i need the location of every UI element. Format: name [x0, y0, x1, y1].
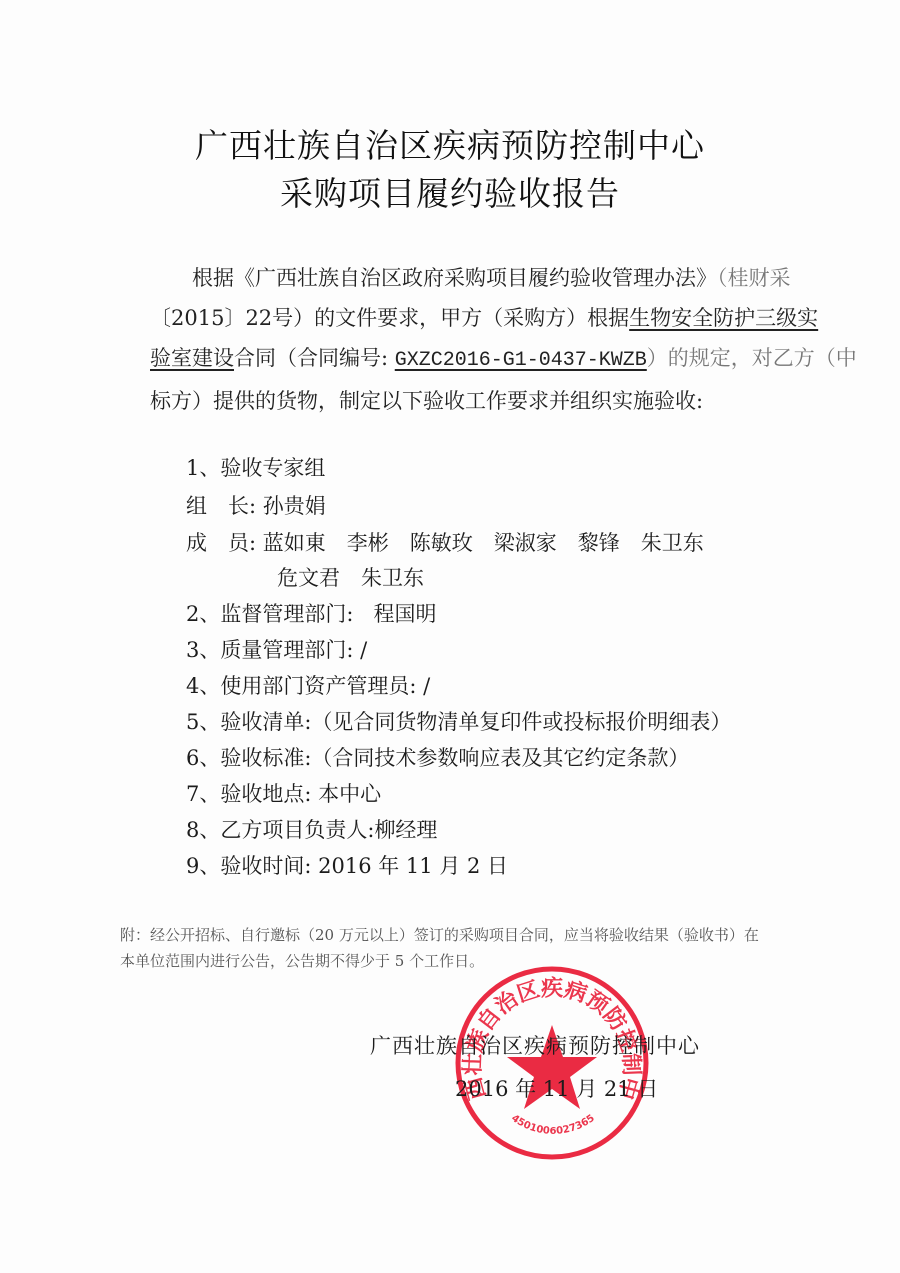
intro-line-2: 〔2015〕22号）的文件要求，甲方（采购方）根据生物安全防护三级实: [150, 298, 800, 338]
intro-line-3: 验室建设合同（合同编号: GXZC2016-G1-0437-KWZB）的规定，对…: [150, 338, 800, 381]
item-label: 成 员:: [186, 531, 256, 555]
item-project-manager: 8、乙方项目负责人:柳经理: [186, 814, 437, 844]
footnote-line-1: 附：经公开招标、自行邀标（20 万元以上）签订的采购项目合同，应当将验收结果（验…: [120, 922, 810, 948]
intro-text-3a: 合同（合同编号:: [234, 346, 395, 370]
signature-date: 2016 年 11 月 21 日: [455, 1073, 658, 1103]
item-value: 蓝如東 李彬 陈敏玫 梁淑家 黎锋 朱卫东: [263, 531, 704, 555]
item-label: 9、验收时间:: [186, 854, 311, 878]
item-value: 孙贵娟: [263, 494, 326, 518]
contract-name-part2: 验室建设: [150, 346, 234, 370]
item-label: 5、验收清单:: [186, 710, 311, 734]
item-label: 7、验收地点:: [186, 782, 311, 806]
intro-text-3b: ）的规定，对乙方（中: [647, 346, 857, 370]
item-value: 柳经理: [374, 818, 437, 842]
item-label: 组 长:: [186, 494, 256, 518]
intro-line-4: 标方）提供的货物，制定以下验收工作要求并组织实施验收:: [150, 381, 800, 421]
item-label: 6、验收标准:: [186, 746, 311, 770]
item-supervision-dept: 2、监督管理部门: 程国明: [186, 598, 436, 628]
item-acceptance-list: 5、验收清单:（见合同货物清单复印件或投标报价明细表）: [186, 706, 731, 736]
item-label: 3、质量管理部门:: [186, 638, 353, 662]
item-label: 1、验收专家组: [186, 456, 325, 480]
item-members-cont: 危文君 朱卫东: [277, 562, 424, 592]
item-expert-group: 1、验收专家组: [186, 452, 325, 482]
regulation-ref-2: 〔2015〕22号）: [150, 306, 314, 330]
item-acceptance-standard: 6、验收标准:（合同技术参数响应表及其它约定条款）: [186, 742, 689, 772]
item-value: （合同技术参数响应表及其它约定条款）: [311, 746, 689, 770]
item-value: /: [360, 638, 367, 662]
intro-text-4: 标方）提供的货物，制定以下验收工作要求并组织实施验收:: [150, 389, 703, 413]
item-label: 8、乙方项目负责人:: [186, 818, 374, 842]
item-value: 危文君 朱卫东: [277, 566, 424, 590]
item-value: 2016 年 11 月 2 日: [318, 854, 508, 878]
item-group-leader: 组 长: 孙贵娟: [186, 490, 326, 520]
item-label: 4、使用部门资产管理员:: [186, 674, 416, 698]
signature-organization: 广西壮族自治区疾病预防控制中心: [370, 1030, 700, 1060]
item-value: 程国明: [373, 602, 436, 626]
official-seal-icon: 广西壮族自治区疾病预防控制中心 4501006027365: [452, 963, 652, 1163]
item-asset-admin: 4、使用部门资产管理员: /: [186, 670, 430, 700]
contract-number: GXZC2016-G1-0437-KWZB: [395, 349, 647, 372]
intro-text-1: 根据《广西壮族自治区政府采购项目履约验收管理办法》: [192, 266, 717, 290]
item-acceptance-location: 7、验收地点: 本中心: [186, 778, 381, 808]
item-quality-dept: 3、质量管理部门: /: [186, 634, 367, 664]
item-value: （见合同货物清单复印件或投标报价明细表）: [311, 710, 731, 734]
svg-text:4501006027365: 4501006027365: [509, 1113, 597, 1137]
item-acceptance-time: 9、验收时间: 2016 年 11 月 2 日: [186, 850, 508, 880]
intro-paragraph: 根据《广西壮族自治区政府采购项目履约验收管理办法》（桂财采 〔2015〕22号）…: [150, 258, 800, 421]
document-title-line1: 广西壮族自治区疾病预防控制中心: [0, 120, 900, 167]
document-page: 广西壮族自治区疾病预防控制中心 采购项目履约验收报告 根据《广西壮族自治区政府采…: [0, 0, 900, 1273]
document-title-line2: 采购项目履约验收报告: [0, 168, 900, 215]
item-members: 成 员: 蓝如東 李彬 陈敏玫 梁淑家 黎锋 朱卫东: [186, 527, 704, 557]
item-value: 本中心: [318, 782, 381, 806]
item-label: 2、监督管理部门:: [186, 602, 353, 626]
intro-text-2: 的文件要求，甲方（采购方）根据: [314, 306, 629, 330]
item-value: /: [423, 674, 430, 698]
regulation-ref-1: （桂财采: [717, 266, 791, 290]
contract-name-part1: 生物安全防护三级实: [629, 306, 818, 330]
intro-line-1: 根据《广西壮族自治区政府采购项目履约验收管理办法》（桂财采: [150, 258, 800, 298]
